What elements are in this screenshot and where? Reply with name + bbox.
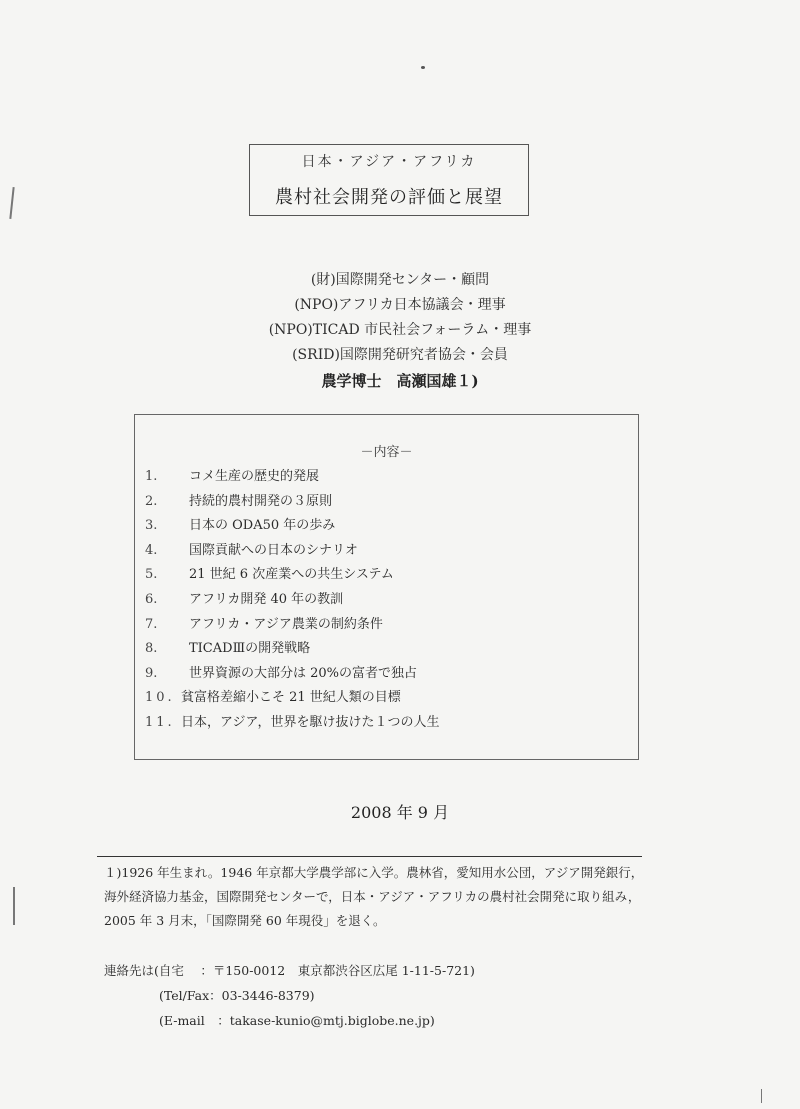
toc-item: 7.アフリカ・アジア農業の制約条件: [145, 613, 439, 638]
contact-email: (E-mail ：takase-kunio@mtj.biglobe.ne.jp): [104, 1008, 475, 1033]
toc-item: 3.日本の ODA50 年の歩み: [145, 514, 439, 539]
toc-item: 6.アフリカ開発 40 年の教訓: [145, 588, 439, 613]
affiliation-line: (財)国際開発センター・顧問: [200, 268, 600, 293]
toc-item-number: 8.: [145, 637, 189, 662]
toc-item: 10.貧富格差縮小こそ 21 世紀人類の目標: [145, 686, 439, 711]
scan-margin-mark: [13, 887, 15, 925]
author-affiliations: (財)国際開発センター・顧問 (NPO)アフリカ日本協議会・理事 (NPO)TI…: [200, 268, 600, 394]
toc-item-number: 5.: [145, 563, 189, 588]
toc-item: 8.TICADⅢの開発戦略: [145, 637, 439, 662]
affiliation-line: (NPO)TICAD 市民社会フォーラム・理事: [200, 318, 600, 343]
toc-item: 11.日本，アジア，世界を駆け抜けた１つの人生: [145, 711, 439, 736]
contact-address: 連絡先は(自宅 ：〒150-0012 東京都渋谷区広尾 1-11-5-721): [104, 958, 475, 983]
toc-item-number: 7.: [145, 613, 189, 638]
toc-item-number: 2.: [145, 490, 189, 515]
toc-item-number: 1.: [145, 465, 189, 490]
toc-item: 1.コメ生産の歴史的発展: [145, 465, 439, 490]
toc-item-text: 世界資源の大部分は 20%の富者で独占: [189, 662, 417, 687]
toc-item: 5.21 世紀 6 次産業への共生システム: [145, 563, 439, 588]
affiliation-line: (SRID)国際開発研究者協会・会員: [200, 343, 600, 368]
scan-margin-mark: [9, 187, 14, 219]
toc-item-text: 国際貢献への日本のシナリオ: [189, 539, 358, 564]
toc-item-text: 持続的農村開発の３原則: [189, 490, 332, 515]
document-subtitle: 日本・アジア・アフリカ: [250, 151, 528, 171]
toc-item-text: 21 世紀 6 次産業への共生システム: [189, 563, 394, 588]
scan-speck: [421, 66, 425, 69]
contact-telfax: (Tel/Fax：03-3446-8379): [104, 983, 475, 1008]
toc-heading: －内容－: [135, 441, 638, 460]
title-box: 日本・アジア・アフリカ 農村社会開発の評価と展望: [249, 144, 529, 216]
toc-item-number: 4.: [145, 539, 189, 564]
scan-margin-mark: [761, 1089, 762, 1103]
toc-item-text: コメ生産の歴史的発展: [189, 465, 319, 490]
affiliation-line: (NPO)アフリカ日本協議会・理事: [200, 293, 600, 318]
toc-item-number: 3.: [145, 514, 189, 539]
contact-info: 連絡先は(自宅 ：〒150-0012 東京都渋谷区広尾 1-11-5-721) …: [104, 958, 475, 1033]
toc-item-text: 貧富格差縮小こそ 21 世紀人類の目標: [181, 686, 401, 711]
toc-item-text: 日本の ODA50 年の歩み: [189, 514, 335, 539]
footnote-divider: [97, 856, 642, 857]
toc-item: 2.持続的農村開発の３原則: [145, 490, 439, 515]
toc-item-number: 11.: [145, 711, 181, 736]
toc-item-number: 6.: [145, 588, 189, 613]
toc-item: 9.世界資源の大部分は 20%の富者で独占: [145, 662, 439, 687]
toc-item-number: 10.: [145, 686, 181, 711]
document-title: 農村社会開発の評価と展望: [250, 183, 528, 209]
toc-list: 1.コメ生産の歴史的発展 2.持続的農村開発の３原則 3.日本の ODA50 年…: [145, 465, 439, 736]
toc-item-text: アフリカ・アジア農業の制約条件: [189, 613, 383, 638]
toc-item: 4.国際貢献への日本のシナリオ: [145, 539, 439, 564]
toc-item-number: 9.: [145, 662, 189, 687]
toc-item-text: 日本，アジア，世界を駆け抜けた１つの人生: [181, 711, 439, 736]
author-footnote: １)1926 年生まれ。1946 年京都大学農学部に入学。農林省，愛知用水公団，…: [104, 861, 644, 933]
table-of-contents: －内容－ 1.コメ生産の歴史的発展 2.持続的農村開発の３原則 3.日本の OD…: [134, 414, 639, 760]
toc-item-text: アフリカ開発 40 年の教訓: [189, 588, 343, 613]
toc-item-text: TICADⅢの開発戦略: [189, 637, 310, 662]
publication-date: 2008 年 9 月: [300, 800, 500, 823]
document-page: 日本・アジア・アフリカ 農村社会開発の評価と展望 (財)国際開発センター・顧問 …: [0, 0, 800, 1109]
author-name: 農学博士 高瀬国雄１): [200, 368, 600, 394]
